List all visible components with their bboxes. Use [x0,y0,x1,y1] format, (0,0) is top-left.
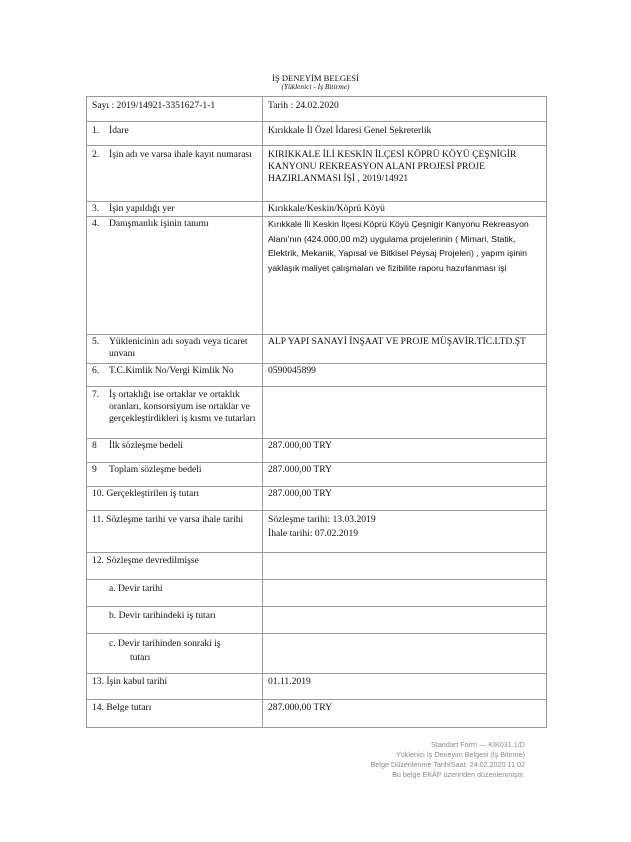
form-row-tanim: 4.Danışmanlık işinin tanımı Kırıkkale İl… [87,217,546,335]
row-number: 8 [92,440,109,462]
row-value [263,634,546,673]
document-subtitle: (Yüklenici - İş Bitirme) [0,82,631,91]
row-label: a. Devir tarihi [87,580,263,606]
row-value: Kırıkkale/Keskin/Köprü Köyü [263,202,546,216]
form-row-devir-is-tutari: b. Devir tarihindeki iş tutarı [87,607,546,634]
form-row-ortaklik: 7.İş ortaklığı ise ortaklar ve ortaklık … [87,387,546,439]
sayi-cell: Sayı : 2019/14921-3351627-1-1 [87,97,263,121]
form-row-devir: 12. Sözleşme devredilmişse [87,553,546,580]
row-label: İş ortaklığı ise ortaklar ve ortaklık or… [109,389,258,438]
row-label: 11. Sözleşme tarihi ve varsa ihale tarih… [87,511,263,552]
form-row-vergi-no: 6.T.C.Kimlik No/Vergi Kimlik No 05900458… [87,364,546,387]
form-row-sozlesme-tarihi: 11. Sözleşme tarihi ve varsa ihale tarih… [87,511,546,553]
form-row-belge-tutari: 14. Belge tutarı 287.000,00 TRY [87,700,546,728]
footer-issue-datetime: Belge Düzenlenme Tarih/Saat: 24.02.2020 … [371,760,525,770]
row-number: 2. [92,149,109,201]
row-number: 6. [92,365,109,386]
row-value: 287.000,00 TRY [263,439,546,462]
row-value [263,553,546,579]
row-label-line2: tutarı [109,651,258,665]
row-value: Kırıkkale İl Özel İdaresi Genel Sekreter… [263,122,546,145]
sozlesme-tarihi-value: Sözleşme tarihi: 13.03.2019 [268,513,542,527]
row-number: 1. [92,125,109,145]
row-label: 10. Gerçekleştirilen iş tutarı [87,487,263,510]
row-number: 3. [92,203,109,216]
row-value [263,580,546,606]
row-label-line1: c. Devir tarihinden sonraki iş [109,638,221,649]
form-row-yuklenici: 5. Yüklenicinin adı soyadı veya ticaret … [87,335,546,364]
form-row-gerceklesen: 10. Gerçekleştirilen iş tutarı 287.000,0… [87,487,546,511]
form-footer: Standart Form — KİK031.1/D Yüklenici İş … [371,740,525,780]
row-label: İşin adı ve varsa ihale kayıt numarası [109,149,258,201]
row-value: KIRIKKALE İLİ KESKİN İLÇESİ KÖPRÜ KÖYÜ Ç… [263,146,546,201]
row-value [263,607,546,633]
row-label: 13. İşin kabul tarihi [87,674,263,699]
row-label: İlk sözleşme bedeli [109,440,258,462]
row-value: 287.000,00 TRY [263,700,546,727]
form-row-idare: 1.İdare Kırıkkale İl Özel İdaresi Genel … [87,122,546,146]
row-value [263,387,546,438]
row-label: 14. Belge tutarı [87,700,263,727]
row-number: 4. [92,218,109,334]
row-label: Danışmanlık işinin tanımı [109,218,258,334]
row-value: 287.000,00 TRY [263,463,546,486]
row-value: 01.11.2019 [263,674,546,699]
row-label: Toplam sözleşme bedeli [109,464,258,486]
form-row-kabul-tarihi: 13. İşin kabul tarihi 01.11.2019 [87,674,546,700]
row-label: 12. Sözleşme devredilmişse [87,553,263,579]
row-label: İşin yapıldığı yer [109,203,258,216]
form-row-devir-sonraki: c. Devir tarihinden sonraki iş tutarı [87,634,546,674]
row-value: ALP YAPI SANAYİ İNŞAAT VE PROJE MÜŞAVİR.… [263,335,546,363]
row-number: 5. [92,336,109,363]
form-row-yer: 3.İşin yapıldığı yer Kırıkkale/Keskin/Kö… [87,202,546,217]
footer-form-name: Yüklenici İş Deneyim Belgesi (İş Bitirme… [371,750,525,760]
form-row-is-adi: 2.İşin adı ve varsa ihale kayıt numarası… [87,146,546,202]
ihale-tarihi-value: İhale tarihi: 07.02.2019 [268,527,542,541]
tarih-cell: Tarih : 24.02.2020 [263,97,546,121]
row-value: 0590045899 [263,364,546,386]
row-value: 287.000,00 TRY [263,487,546,510]
row-value: Sözleşme tarihi: 13.03.2019 İhale tarihi… [263,511,546,552]
footer-ekap-note: Bu belge EKAP üzerinden düzenlenmiştir. [371,770,525,780]
footer-form-code: Standart Form — KİK031.1/D [371,740,525,750]
row-number: 7. [92,389,109,438]
row-label: c. Devir tarihinden sonraki iş tutarı [87,634,263,673]
row-value: Kırıkkale İli Keskin İlçesi Köprü Köyü Ç… [263,217,546,334]
form-row-toplam-bedel: 9Toplam sözleşme bedeli 287.000,00 TRY [87,463,546,487]
form-row-ilk-bedel: 8İlk sözleşme bedeli 287.000,00 TRY [87,439,546,463]
experience-certificate-form: Sayı : 2019/14921-3351627-1-1 Tarih : 24… [86,96,547,728]
header-row: Sayı : 2019/14921-3351627-1-1 Tarih : 24… [87,97,546,122]
row-label: b. Devir tarihindeki iş tutarı [87,607,263,633]
row-label: İdare [109,125,258,145]
row-number: 9 [92,464,109,486]
row-label: T.C.Kimlik No/Vergi Kimlik No [109,365,258,386]
row-label: Yüklenicinin adı soyadı veya ticaret unv… [109,336,258,363]
form-row-devir-tarihi: a. Devir tarihi [87,580,546,607]
